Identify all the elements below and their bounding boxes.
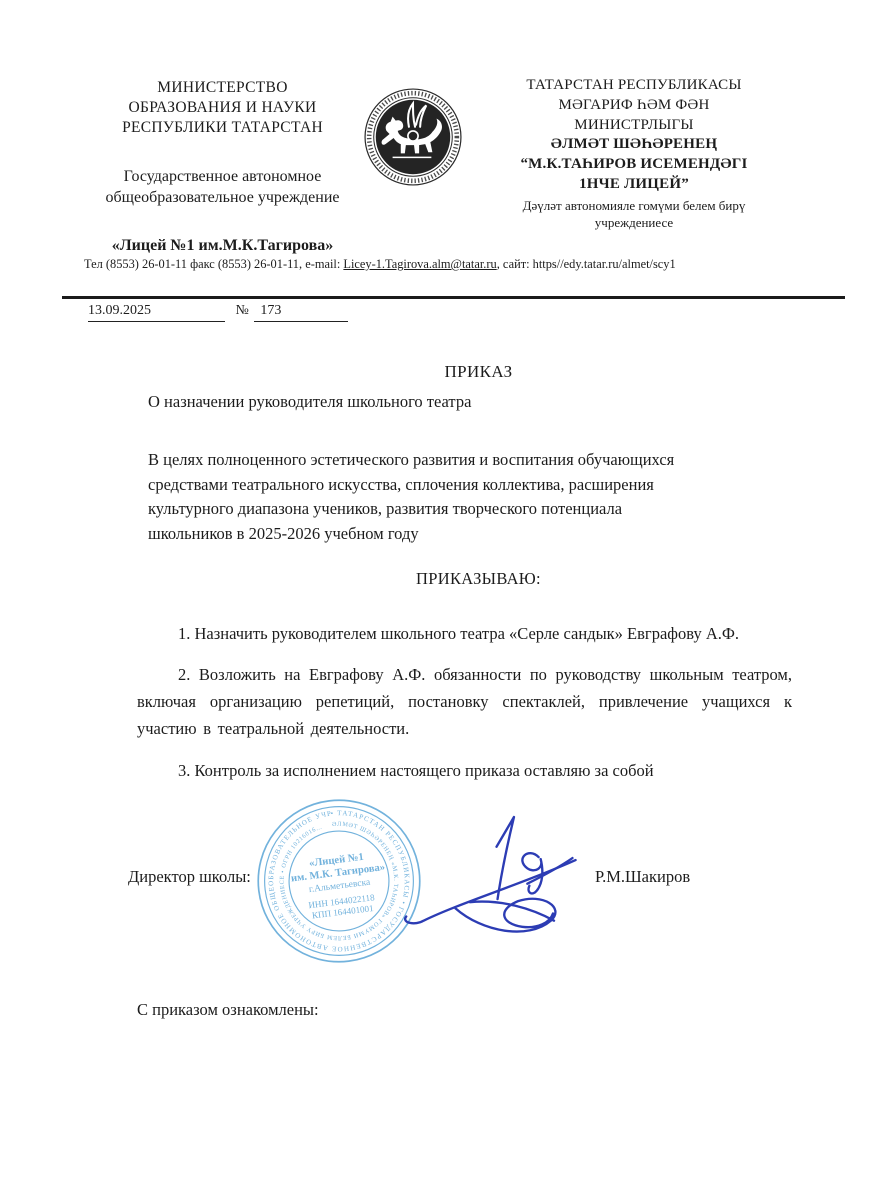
org-type-tatar: Дәүләт автономияле гомүми белем бирү учр… xyxy=(468,198,800,232)
order-item-3: 3. Контроль за исполнением настоящего пр… xyxy=(137,757,792,784)
scanned-order-document: МИНИСТЕРСТВО ОБРАЗОВАНИЯ И НАУКИ РЕСПУБЛ… xyxy=(0,0,873,1200)
number-sign: № xyxy=(236,303,249,319)
director-role-label: Директор школы: xyxy=(128,867,251,887)
decree-word: ПРИКАЗЫВАЮ: xyxy=(137,569,792,589)
order-preamble: В целях полноценного эстетического разви… xyxy=(148,448,792,546)
ministry-name-tatar: ТАТАРСТАН РЕСПУБЛИКАСЫ МӘГАРИФ ҺӘМ ФӘН М… xyxy=(468,76,800,135)
order-item-1: 1. Назначить руководителем школьного теа… xyxy=(137,620,792,647)
order-subject: О назначении руководителя школьного теат… xyxy=(148,392,792,412)
contact-line: Тел (8553) 26-01-11 факс (8553) 26-01-11… xyxy=(84,257,796,272)
email-link: Licey-1.Tagirova.alm@tatar.ru xyxy=(343,257,496,271)
header-right-block: ТАТАРСТАН РЕСПУБЛИКАСЫ МӘГАРИФ ҺӘМ ФӘН М… xyxy=(468,76,800,232)
acknowledged-label: С приказом ознакомлены: xyxy=(137,1000,319,1020)
director-name: Р.М.Шакиров xyxy=(595,867,690,887)
order-meta-row: 13.09.2025 № 173 xyxy=(88,303,348,322)
order-number: 173 xyxy=(254,303,348,322)
handwritten-signature-icon xyxy=(398,803,593,948)
contact-phone-fax: Тел (8553) 26-01-11 факс (8553) 26-01-11… xyxy=(84,257,343,271)
org-type-ru: Государственное автономное общеобразоват… xyxy=(85,167,360,209)
ministry-name-ru: МИНИСТЕРСТВО ОБРАЗОВАНИЯ И НАУКИ РЕСПУБЛ… xyxy=(85,78,360,138)
order-title: ПРИКАЗ xyxy=(137,362,792,382)
contact-site: , сайт: https//edy.tatar.ru/almet/scy1 xyxy=(497,257,676,271)
order-body: ПРИКАЗ О назначении руководителя школьно… xyxy=(137,362,792,784)
order-date: 13.09.2025 xyxy=(88,303,225,322)
org-name-tatar: ӘЛМӘТ ШӘҺӘРЕНЕҢ “М.К.ТАҺИРОВ ИСЕМЕНДӘГI … xyxy=(468,135,800,194)
org-name-ru: «Лицей №1 им.М.К.Тагирова» xyxy=(85,237,360,255)
header-divider xyxy=(62,296,845,299)
order-item-2: 2. Возложить на Евграфову А.Ф. обязаннос… xyxy=(137,661,792,742)
tatarstan-emblem-icon xyxy=(362,86,464,188)
header-left-block: МИНИСТЕРСТВО ОБРАЗОВАНИЯ И НАУКИ РЕСПУБЛ… xyxy=(85,78,360,255)
